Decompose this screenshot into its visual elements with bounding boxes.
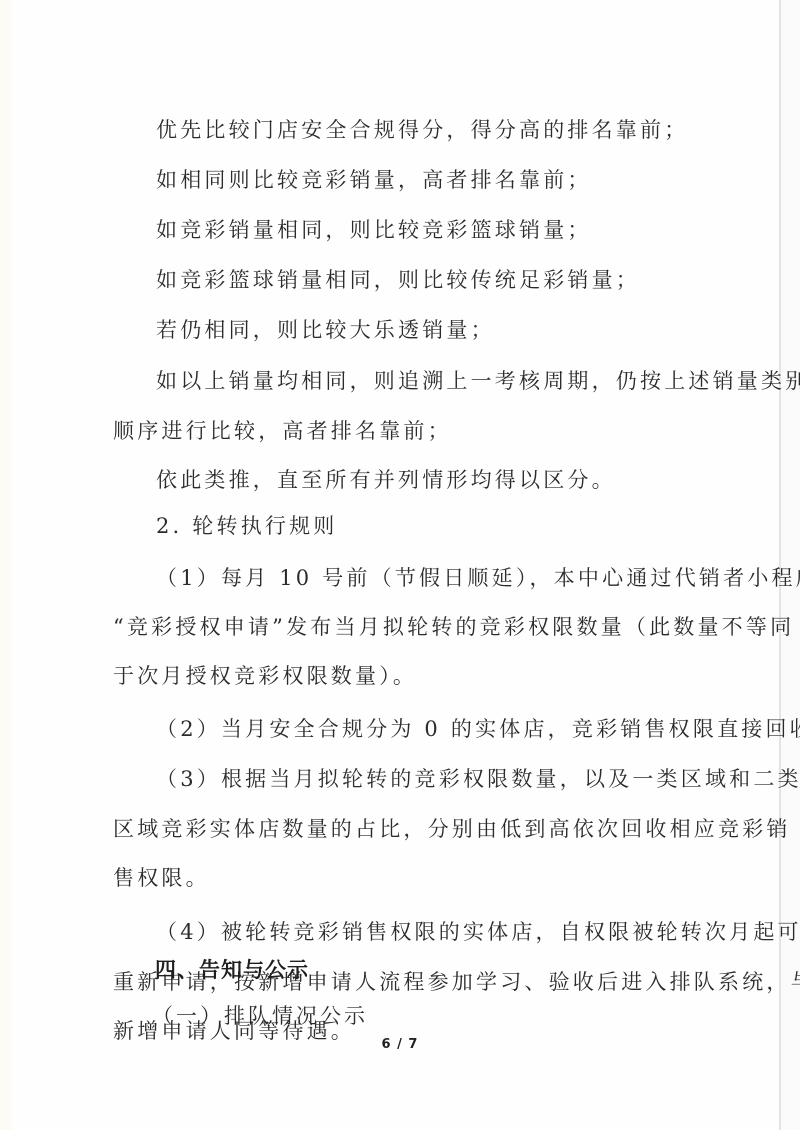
paragraph-line: “竞彩授权申请”发布当月拟轮转的竞彩权限数量（此数量不等同 [113, 615, 794, 639]
paragraph-line: 若仍相同，则比较大乐透销量； [156, 318, 495, 342]
paragraph-line: 顺序进行比较，高者排名靠前； [113, 419, 452, 443]
paragraph-line: 区域竞彩实体店数量的占比，分别由低到高依次回收相应竞彩销 [113, 817, 791, 841]
page-right-gutter [781, 0, 800, 1130]
paragraph-line: （2）当月安全合规分为 0 的实体店，竞彩销售权限直接回收。 [156, 717, 800, 741]
page-number: 6 / 7 [0, 1037, 800, 1052]
section-heading: 四、告知与公示 [155, 958, 309, 982]
paragraph-line: 2. 轮转执行规则 [156, 514, 338, 538]
paragraph-line: （4）被轮转竞彩销售权限的实体店，自权限被轮转次月起可 [156, 920, 800, 944]
page-left-margin [0, 0, 12, 1130]
paragraph-line: 优先比较门店安全合规得分，得分高的排名靠前； [156, 118, 688, 142]
paragraph-line: （1）每月 10 号前（节假日顺延），本中心通过代销者小程序 [156, 566, 800, 590]
paragraph-line: 如竞彩篮球销量相同，则比较传统足彩销量； [156, 268, 640, 292]
paragraph-line: 如竞彩销量相同，则比较竞彩篮球销量； [156, 218, 592, 242]
paragraph-line: 依此类推，直至所有并列情形均得以区分。 [156, 468, 616, 492]
paragraph-line: 如以上销量均相同，则追溯上一考核周期，仍按上述销量类别 [156, 369, 800, 393]
paragraph-line: 于次月授权竞彩权限数量）。 [113, 664, 417, 688]
paragraph-line: 售权限。 [113, 866, 210, 890]
paragraph-line: 如相同则比较竞彩销量，高者排名靠前； [156, 168, 592, 192]
paragraph-line: （3）根据当月拟轮转的竞彩权限数量，以及一类区域和二类 [156, 767, 800, 791]
subsection-heading: （一）排队情况公示 [152, 1004, 368, 1028]
